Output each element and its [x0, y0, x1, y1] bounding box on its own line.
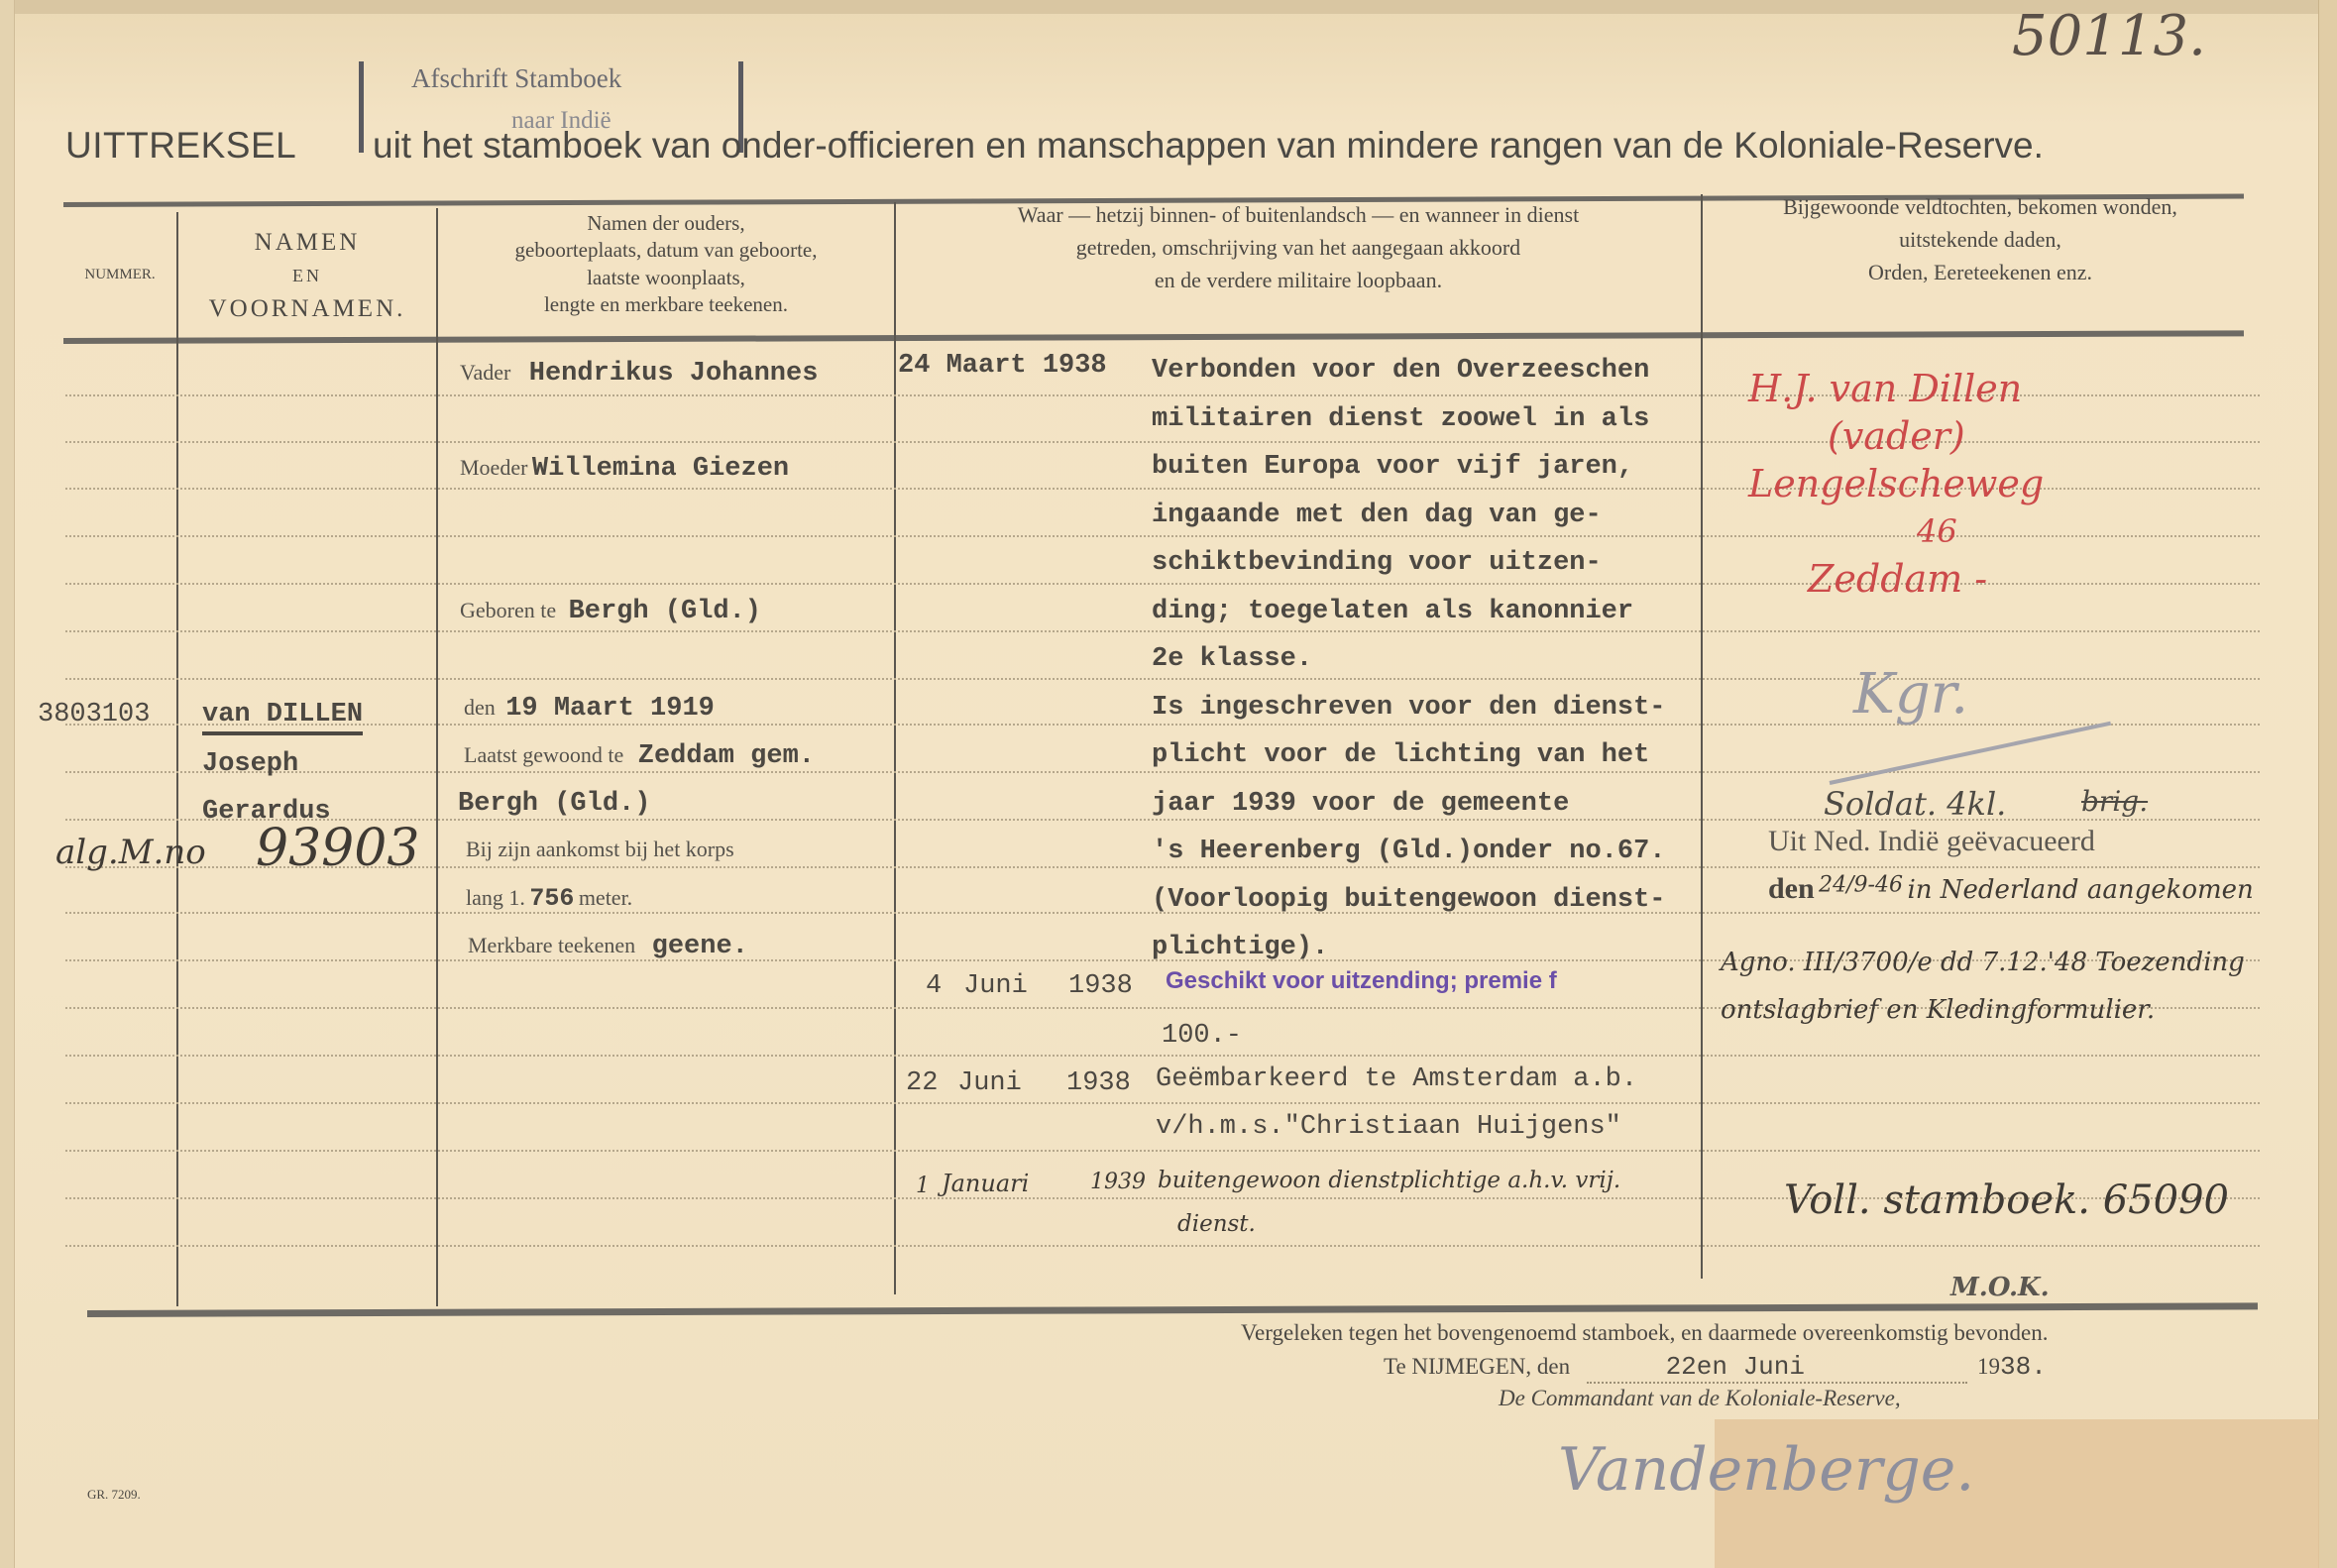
ruled-line: [65, 1102, 2260, 1104]
page-top-edge: [0, 0, 2337, 14]
service-date-3-month: Juni: [957, 1068, 1022, 1098]
residence-label: Laatst gewoond te: [464, 742, 623, 767]
ruled-line: [65, 1150, 2260, 1152]
service-date-1: 24 Maart 1938: [898, 351, 1107, 381]
mother-name: Willemina Giezen: [532, 454, 789, 484]
marks-label: Merkbare teekenen: [468, 933, 635, 957]
evacuated-stamp: Uit Ned. Indië geëvacueerd: [1768, 825, 2095, 858]
given-name-2: Gerardus: [202, 797, 331, 827]
red-note-line: Lengelscheweg: [1748, 460, 2046, 507]
column-header-ouders-line: geboorteplaats, datum van geboorte,: [438, 237, 894, 264]
column-divider-3: [894, 202, 896, 1294]
red-address-note: H.J. van Dillen (vader) Lengelscheweg 46…: [1748, 365, 2046, 603]
service-line: plicht voor de lichting van het: [1152, 731, 1665, 780]
father-name: Hendrikus Johannes: [529, 359, 819, 389]
height-label: lang 1.: [466, 885, 525, 910]
page-left-edge: [0, 0, 15, 1568]
verification-date: 22en Juni: [1587, 1352, 1967, 1384]
pencil-initials: Kgr.: [1853, 662, 1968, 727]
column-header-ouders-line: laatste woonplaats,: [438, 265, 894, 291]
red-note-line: (vader): [1748, 412, 2046, 460]
column-header-ouders-line: lengte en merkbare teekenen.: [438, 291, 894, 318]
place-prefix: Te NIJMEGEN, den: [1384, 1354, 1570, 1379]
residence-row: Laatst gewoond te Zeddam gem.: [464, 741, 815, 771]
red-note-line: Zeddam -: [1748, 555, 2046, 603]
ruled-line: [65, 1245, 2260, 1247]
service-line: Verbonden voor den Overzeeschen: [1152, 347, 1665, 395]
full-stamboek-reference: Voll. stamboek. 65090: [1784, 1177, 2229, 1223]
year-suffix: 38.: [2000, 1352, 2047, 1382]
folio-number: 50113.: [2012, 4, 2206, 68]
column-header-dienst-line: Waar — hetzij binnen- of buitenlandsch —…: [896, 198, 1701, 231]
red-note-line: 46: [1748, 507, 2046, 555]
rank-struck: brig.: [2081, 785, 2148, 818]
column-header-nummer: NUMMER.: [63, 266, 176, 285]
commandant-title: De Commandant van de Koloniale-Reserve,: [1499, 1386, 1901, 1411]
embarkation-line-1: Geëmbarkeerd te Amsterdam a.b.: [1156, 1064, 1637, 1094]
residence-1: Zeddam gem.: [638, 741, 815, 771]
alg-number: 93903: [256, 819, 419, 878]
height-row: lang 1. 756 meter.: [466, 884, 632, 913]
service-date-4-year: 1939: [1090, 1170, 1146, 1194]
birthplace-label: Geboren te: [460, 598, 556, 622]
column-header-veldtochten-line: uitstekende daden,: [1703, 223, 2258, 256]
birthdate-label: den: [464, 695, 496, 720]
alg-number-label: alg.M.no: [56, 833, 206, 872]
service-line: ding; toegelaten als kanonnier: [1152, 588, 1665, 636]
verification-statement: Vergeleken tegen het bovengenoemd stambo…: [1241, 1320, 2049, 1346]
discharge-order-line-1: Agno. III/3700/e dd 7.12.'48 Toezending: [1721, 948, 2245, 977]
marks-row: Merkbare teekenen geene.: [468, 932, 748, 961]
service-line: schiktbevinding voor uitzen-: [1152, 539, 1665, 588]
handwritten-entry-line-2: dienst.: [1177, 1211, 1256, 1237]
column-header-dienst: Waar — hetzij binnen- of buitenlandsch —…: [896, 198, 1701, 296]
arrival-prefix: den: [1768, 872, 1815, 905]
copy-stamp-line1: Afschrift Stamboek: [411, 63, 621, 94]
red-note-line: H.J. van Dillen: [1748, 365, 2046, 412]
service-entry-1: Verbonden voor den Overzeeschen militair…: [1152, 347, 1665, 972]
column-header-ouders-line: Namen der ouders,: [438, 210, 894, 237]
column-header-dienst-line: en de verdere militaire loopbaan.: [896, 264, 1701, 296]
ruled-line: [65, 1055, 2260, 1057]
arrival-text: in Nederland aangekomen: [1907, 875, 2253, 905]
service-line: 's Heerenberg (Gld.)onder no.67.: [1152, 828, 1665, 876]
discharge-order-line-2: ontslagbrief en Kledingformulier.: [1721, 995, 2155, 1025]
place-date-row: Te NIJMEGEN, den 22en Juni 1938.: [1384, 1352, 2047, 1384]
height-unit: meter.: [579, 885, 632, 910]
column-header-namen-line: EN: [178, 263, 436, 290]
father-label: Vader: [460, 360, 510, 385]
column-divider-1: [176, 212, 178, 1306]
service-date-3-day: 22: [906, 1068, 938, 1098]
service-date-2-month: Juni: [963, 971, 1028, 1001]
column-divider-2: [436, 208, 438, 1306]
service-date-3-year: 1938: [1066, 1068, 1131, 1098]
service-line: plichtige).: [1152, 924, 1665, 972]
suitability-stamp: Geschikt voor uitzending; premie f: [1166, 967, 1557, 995]
column-header-namen-line: VOORNAMEN.: [178, 290, 436, 329]
given-name-1: Joseph: [202, 749, 298, 779]
column-header-namen: NAMEN EN VOORNAMEN.: [178, 224, 436, 328]
birthdate: 19 Maart 1919: [505, 694, 715, 724]
arrival-row: den 24/9-46 in Nederland aangekomen: [1768, 872, 2254, 906]
handwritten-entry-line-1: buitengewoon dienstplichtige a.h.v. vrij…: [1158, 1168, 1620, 1193]
column-header-veldtochten-line: Bijgewoonde veldtochten, bekomen wonden,: [1703, 190, 2258, 223]
year-prefix: 19: [1977, 1354, 2000, 1379]
birthplace-row: Geboren te Bergh (Gld.): [460, 597, 761, 626]
column-header-ouders: Namen der ouders, geboorteplaats, datum …: [438, 210, 894, 318]
checker-initials: M.O.K.: [1950, 1273, 2050, 1302]
service-line: Is ingeschreven voor den dienst-: [1152, 684, 1665, 732]
service-line: (Voorloopig buitengewoon dienst-: [1152, 876, 1665, 925]
service-line: militairen dienst zoowel in als: [1152, 395, 1665, 444]
service-line: jaar 1939 voor de gemeente: [1152, 780, 1665, 829]
column-header-namen-line: NAMEN: [178, 224, 436, 263]
marks-value: geene.: [652, 932, 748, 961]
embarkation-line-2: v/h.m.s."Christiaan Huijgens": [1156, 1112, 1621, 1142]
father-row: Vader Hendrikus Johannes: [460, 359, 818, 389]
document-title: uit het stamboek van onder-officieren en…: [373, 125, 2044, 167]
premium-amount: 100.-: [1162, 1021, 1242, 1051]
residence-2: Bergh (Gld.): [458, 789, 650, 819]
service-date-2-year: 1938: [1068, 971, 1133, 1001]
height-value: 756: [529, 884, 574, 913]
service-date-4-day: 1: [916, 1174, 930, 1198]
mother-row: Moeder Willemina Giezen: [460, 454, 789, 484]
commandant-signature: Vandenberge.: [1558, 1435, 1974, 1505]
service-line: buiten Europa voor vijf jaren,: [1152, 443, 1665, 492]
form-number: GR. 7209.: [87, 1487, 141, 1503]
document-title-prefix: UITTREKSEL: [65, 125, 296, 167]
arrival-corps-label: Bij zijn aankomst bij het korps: [466, 837, 734, 862]
column-divider-4: [1701, 194, 1703, 1279]
arrival-date: 24/9-46: [1819, 873, 1903, 898]
column-header-dienst-line: getreden, omschrijving van het aangegaan…: [896, 231, 1701, 264]
column-header-veldtochten: Bijgewoonde veldtochten, bekomen wonden,…: [1703, 190, 2258, 288]
surname: van DILLEN: [202, 700, 363, 735]
service-date-4-month: Januari: [942, 1170, 1029, 1197]
service-line: ingaande met den dag van ge-: [1152, 492, 1665, 540]
record-number: 3803103: [38, 700, 150, 729]
column-header-veldtochten-line: Orden, Eereteekenen enz.: [1703, 256, 2258, 288]
service-date-2-day: 4: [926, 971, 942, 1001]
birthdate-row: den 19 Maart 1919: [464, 694, 715, 724]
service-line: 2e klasse.: [1152, 635, 1665, 684]
mother-label: Moeder: [460, 455, 527, 480]
birthplace: Bergh (Gld.): [569, 597, 761, 626]
rank-note: Soldat. 4kl.: [1824, 785, 2006, 823]
page-right-edge: [2318, 0, 2337, 1568]
